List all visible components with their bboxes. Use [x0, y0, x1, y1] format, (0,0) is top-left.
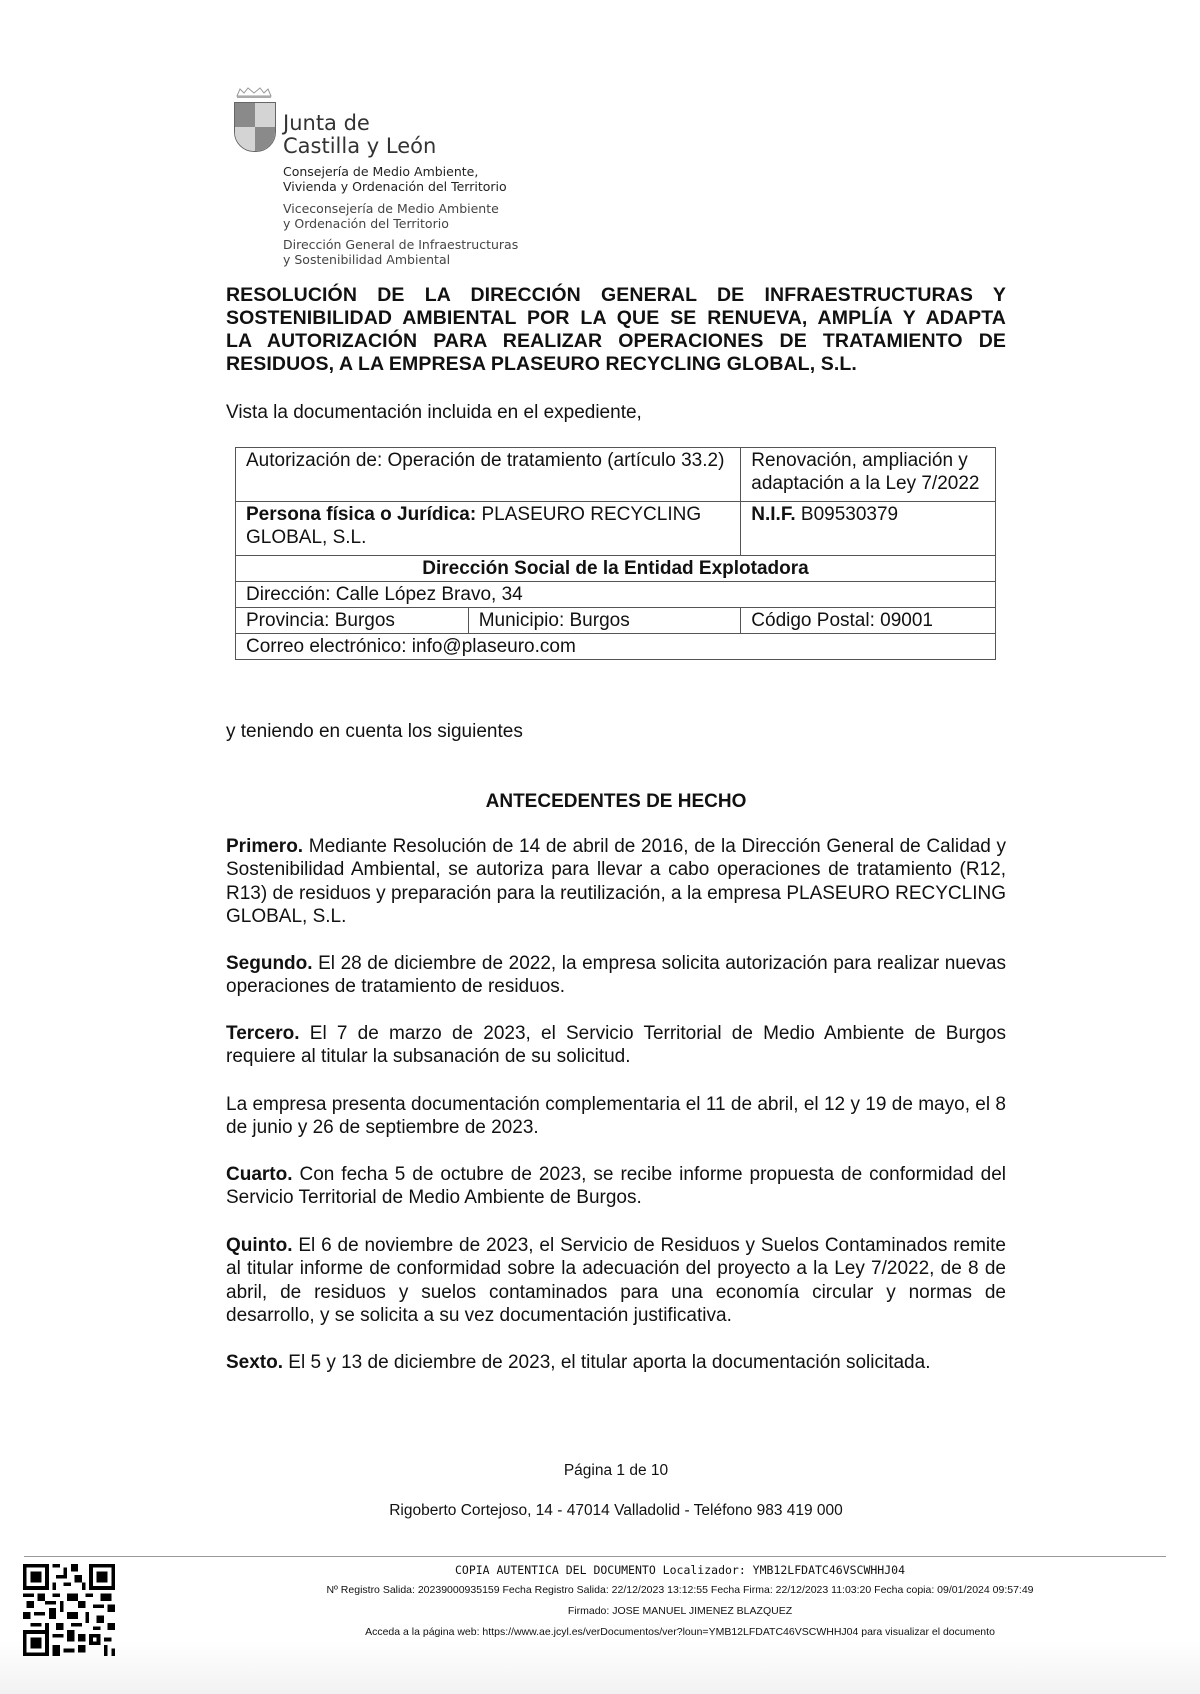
signed-by: Firmado: JOSE MANUEL JIMENEZ BLAZQUEZ: [180, 1605, 1180, 1617]
table-row: Persona física o Jurídica: PLASEURO RECY…: [236, 502, 996, 556]
verification-link[interactable]: Acceda a la página web: https://www.ae.j…: [180, 1626, 1180, 1638]
coat-of-arms-icon: [232, 86, 276, 164]
institution-address: Rigoberto Cortejoso, 14 - 47014 Valladol…: [226, 1502, 1006, 1520]
persona-cell: Persona física o Jurídica: PLASEURO RECY…: [236, 502, 741, 556]
page-number: Página 1 de 10: [226, 1462, 1006, 1480]
antecedente-tercero: Tercero. El 7 de marzo de 2023, el Servi…: [226, 1022, 1006, 1069]
direccion-cell: Dirección: Calle López Bravo, 34: [236, 582, 996, 608]
transition-text: y teniendo en cuenta los siguientes: [226, 720, 1006, 743]
qr-code-icon[interactable]: [23, 1564, 115, 1656]
authentic-copy-locator: COPIA AUTENTICA DEL DOCUMENTO Localizado…: [180, 1563, 1180, 1577]
footer-divider: [24, 1556, 1166, 1557]
section-title: ANTECEDENTES DE HECHO: [226, 791, 1006, 813]
table-row: Dirección Social de la Entidad Explotado…: [236, 556, 996, 582]
antecedente-quinto: Quinto. El 6 de noviembre de 2023, el Se…: [226, 1234, 1006, 1327]
authorization-table: Autorización de: Operación de tratamient…: [235, 447, 996, 660]
table-row: Correo electrónico: info@plaseuro.com: [236, 634, 996, 660]
registry-info: Nº Registro Salida: 20239000935159 Fecha…: [180, 1584, 1180, 1596]
document-page: Junta de Castilla y León Consejería de M…: [0, 0, 1200, 1694]
table-row: Autorización de: Operación de tratamient…: [236, 448, 996, 502]
institution-header: Junta de Castilla y León Consejería de M…: [232, 86, 552, 272]
tipo-cell: Renovación, ampliación y adaptación a la…: [741, 448, 996, 502]
antecedente-cuarto: Cuarto. Con fecha 5 de octubre de 2023, …: [226, 1163, 1006, 1210]
autorizacion-cell: Autorización de: Operación de tratamient…: [236, 448, 741, 502]
antecedente-sexto: Sexto. El 5 y 13 de diciembre de 2023, e…: [226, 1351, 1006, 1374]
nif-cell: N.I.F. B09530379: [741, 502, 996, 556]
antecedente-segundo: Segundo. El 28 de diciembre de 2022, la …: [226, 952, 1006, 999]
antecedente-complementaria: La empresa presenta documentación comple…: [226, 1093, 1006, 1140]
table-row: Provincia: Burgos Municipio: Burgos Códi…: [236, 608, 996, 634]
consejeria-name: Consejería de Medio Ambiente, Vivienda y…: [283, 164, 507, 194]
section-heading-cell: Dirección Social de la Entidad Explotado…: [236, 556, 996, 582]
municipio-cell: Municipio: Burgos: [468, 608, 741, 634]
viceconsejeria-name: Viceconsejería de Medio Ambiente y Orden…: [283, 201, 499, 231]
institution-name: Junta de Castilla y León: [283, 112, 436, 158]
resolution-title: RESOLUCIÓN DE LA DIRECCIÓN GENERAL DE IN…: [226, 284, 1006, 376]
antecedente-primero: Primero. Mediante Resolución de 14 de ab…: [226, 835, 1006, 928]
table-row: Dirección: Calle López Bravo, 34: [236, 582, 996, 608]
intro-text: Vista la documentación incluida en el ex…: [226, 401, 1006, 424]
codigo-postal-cell: Código Postal: 09001: [741, 608, 996, 634]
provincia-cell: Provincia: Burgos: [236, 608, 469, 634]
direccion-general-name: Dirección General de Infraestructuras y …: [283, 237, 518, 267]
shield-icon: [234, 102, 276, 152]
crown-icon: [236, 86, 272, 98]
correo-cell: Correo electrónico: info@plaseuro.com: [236, 634, 996, 660]
